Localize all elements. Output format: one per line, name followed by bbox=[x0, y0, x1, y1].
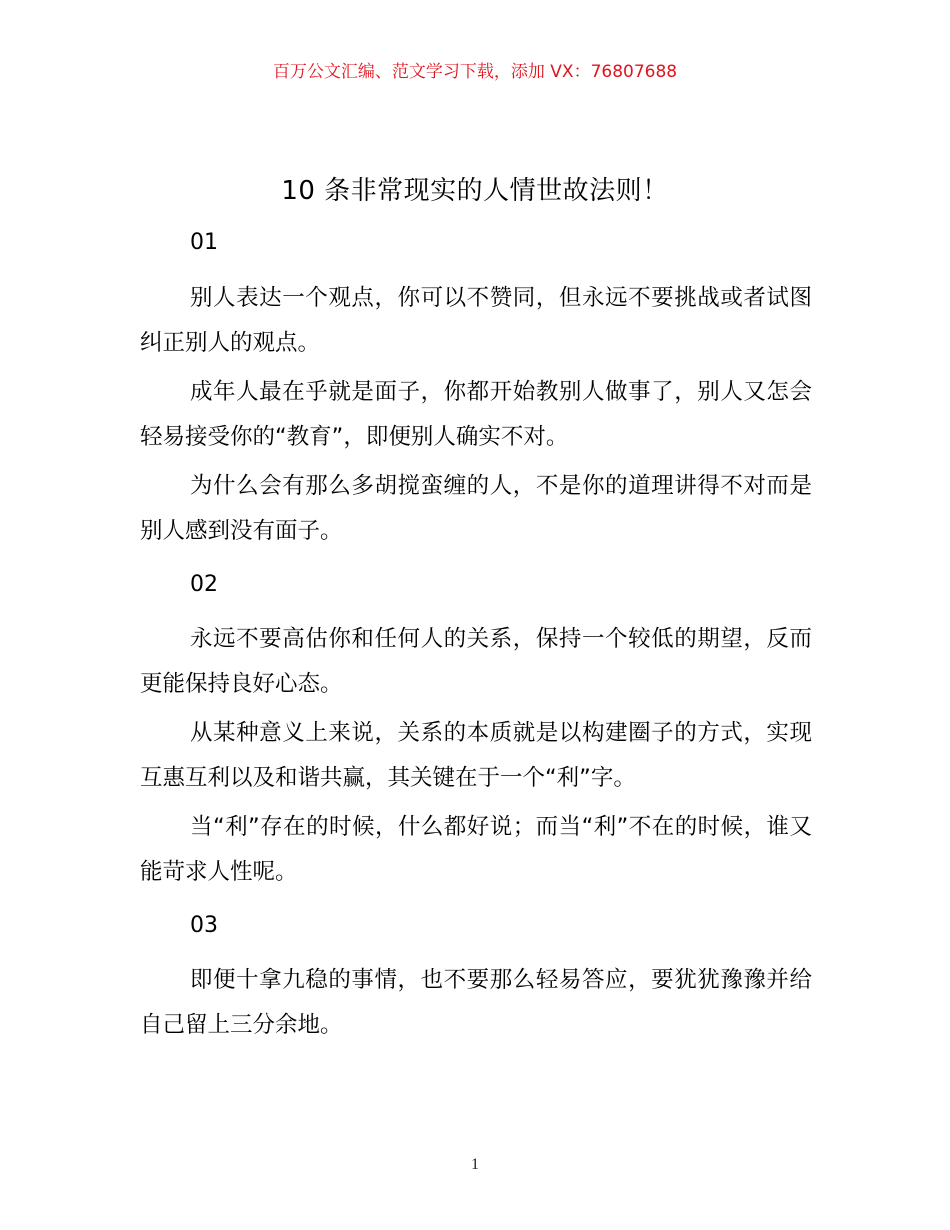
paragraph: 当“利”存在的时候，什么都好说；而当“利”不在的时候，谁又能苛求人性呢。 bbox=[140, 805, 812, 895]
page-number: 1 bbox=[0, 1156, 950, 1174]
paragraph: 成年人最在乎就是面子，你都开始教别人做事了，别人又怎会轻易接受你的“教育”，即便… bbox=[140, 370, 812, 460]
section-number-03: 03 bbox=[190, 911, 218, 941]
paragraph: 别人表达一个观点，你可以不赞同，但永远不要挑战或者试图纠正别人的观点。 bbox=[140, 276, 812, 366]
section-number-02: 02 bbox=[190, 570, 218, 600]
document-page: 百万公文汇编、范文学习下载，添加 VX：76807688 10 条非常现实的人情… bbox=[0, 0, 950, 1230]
section-number-01: 01 bbox=[190, 228, 218, 258]
paragraph: 即便十拿九稳的事情，也不要那么轻易答应，要犹犹豫豫并给自己留上三分余地。 bbox=[140, 958, 812, 1048]
paragraph: 从某种意义上来说，关系的本质就是以构建圈子的方式，实现互惠互利以及和谐共赢，其关… bbox=[140, 711, 812, 801]
paragraph: 永远不要高估你和任何人的关系，保持一个较低的期望，反而更能保持良好心态。 bbox=[140, 617, 812, 707]
paragraph: 为什么会有那么多胡搅蛮缠的人，不是你的道理讲得不对而是别人感到没有面子。 bbox=[140, 464, 812, 554]
document-title: 10 条非常现实的人情世故法则！ bbox=[0, 170, 950, 207]
header-banner: 百万公文汇编、范文学习下载，添加 VX：76807688 bbox=[0, 57, 950, 82]
